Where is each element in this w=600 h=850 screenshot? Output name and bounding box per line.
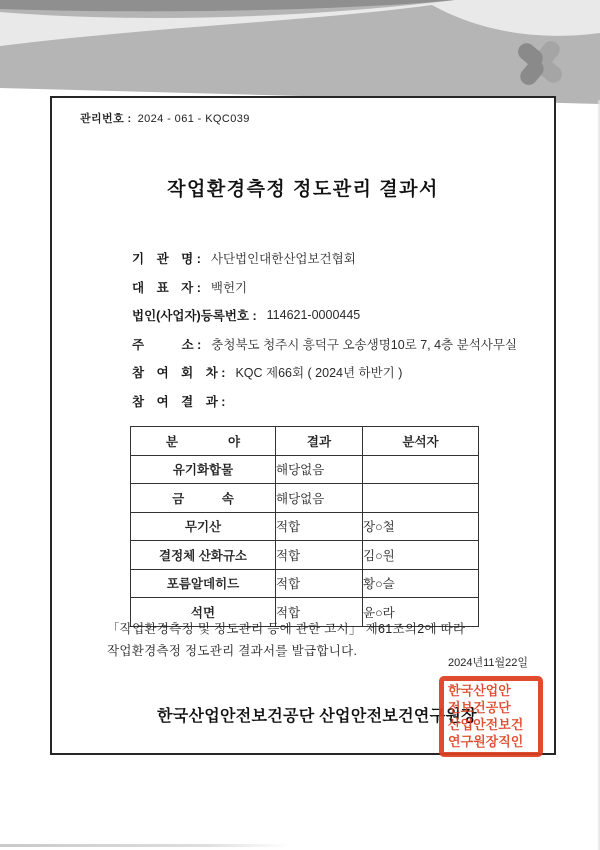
field-label: 주 소 : (132, 335, 201, 353)
field-value: 충청북도 청주시 흥덕구 오송생명10로 7, 4층 분석사무실 (211, 335, 517, 353)
field-row-address: 주 소 : 충청북도 청주시 흥덕구 오송생명10로 7, 4층 분석사무실 (132, 330, 517, 359)
cell-result: 해당없음 (276, 484, 363, 513)
field-label: 참 여 회 차 : (132, 363, 225, 381)
field-row-representative: 대 표 자 : 백헌기 (132, 273, 517, 302)
cell-field: 유기화합물 (131, 455, 276, 484)
cell-result: 적합 (276, 541, 363, 570)
seal-text-row: 산업안전보건 (448, 717, 534, 733)
management-number-value: 2024 - 061 - KQC039 (138, 113, 250, 125)
cell-result: 해당없음 (276, 455, 363, 484)
issue-date: 2024년11월22일 (448, 654, 528, 670)
cell-analyst: 황○슬 (363, 569, 479, 598)
seal-text-row: 연구원장직인 (448, 734, 534, 750)
management-number-label: 관리번호 : (80, 113, 132, 125)
cell-result: 적합 (276, 569, 363, 598)
field-row-org-name: 기 관 명 : 사단법인대한산업보건협회 (132, 244, 517, 273)
official-seal: 한국산업안 전보건공단 산업안전보건 연구원장직인 (439, 676, 543, 757)
notice-line-1: 「작업환경측정 및 정도관리 등에 관한 고시」 제61조의2에 따라 (107, 619, 465, 641)
table-header-row: 분 야 결과 분석자 (131, 427, 479, 456)
cell-analyst: 김○원 (363, 541, 479, 570)
field-value: 사단법인대한산업보건협회 (211, 249, 356, 267)
cell-field: 포름알데히드 (131, 569, 276, 598)
issuance-notice: 「작업환경측정 및 정도관리 등에 관한 고시」 제61조의2에 따라 작업환경… (107, 619, 465, 662)
field-label: 기 관 명 : (132, 249, 201, 267)
field-value: 백헌기 (211, 278, 247, 296)
table-row: 포름알데히드 적합 황○슬 (131, 569, 479, 598)
issuer-name: 한국산업안전보건공단 산업안전보건연구원장 (157, 703, 477, 726)
cell-field: 결정체 산화규소 (131, 541, 276, 570)
field-row-registration-no: 법인(사업자)등록번호 : 114621-0000445 (132, 301, 517, 330)
cell-field: 무기산 (131, 512, 276, 541)
table-row: 무기산 적합 장○철 (131, 512, 479, 541)
cell-analyst: 장○철 (363, 512, 479, 541)
info-fields: 기 관 명 : 사단법인대한산업보건협회 대 표 자 : 백헌기 법인(사업자)… (132, 244, 517, 415)
seal-text-row: 한국산업안 (448, 683, 534, 699)
field-label: 법인(사업자)등록번호 : (132, 306, 257, 324)
cell-result: 적합 (276, 512, 363, 541)
table-header-analyst: 분석자 (363, 427, 479, 456)
certificate-border: 관리번호 :2024 - 061 - KQC039 작업환경측정 정도관리 결과… (50, 96, 556, 755)
cell-analyst (363, 455, 479, 484)
field-value: KQC 제66회 ( 2024년 하반기 ) (235, 363, 402, 381)
letterhead-wave-graphic (0, 0, 600, 106)
cell-field: 금 속 (131, 484, 276, 513)
field-row-participation-round: 참 여 회 차 : KQC 제66회 ( 2024년 하반기 ) (132, 358, 517, 387)
table-row: 결정체 산화규소 적합 김○원 (131, 541, 479, 570)
table-row: 금 속 해당없음 (131, 484, 479, 513)
results-table: 분 야 결과 분석자 유기화합물 해당없음 금 속 해당없음 무기산 적합 장○… (130, 426, 479, 627)
seal-text-row: 전보건공단 (448, 700, 534, 716)
table-header-result: 결과 (276, 427, 363, 456)
cell-analyst (363, 484, 479, 513)
field-label: 참 여 결 과 : (132, 392, 225, 410)
field-label: 대 표 자 : (132, 278, 201, 296)
table-header-field: 분 야 (131, 427, 276, 456)
letterhead-band (0, 0, 600, 106)
scan-artifact-bottom (0, 844, 290, 847)
document-title: 작업환경측정 정도관리 결과서 (52, 174, 554, 201)
management-number-line: 관리번호 :2024 - 061 - KQC039 (80, 110, 250, 126)
table-row: 유기화합물 해당없음 (131, 455, 479, 484)
field-row-participation-result: 참 여 결 과 : (132, 387, 517, 416)
notice-line-2: 작업환경측정 정도관리 결과서를 발급합니다. (107, 641, 465, 663)
field-value: 114621-0000445 (267, 308, 361, 322)
